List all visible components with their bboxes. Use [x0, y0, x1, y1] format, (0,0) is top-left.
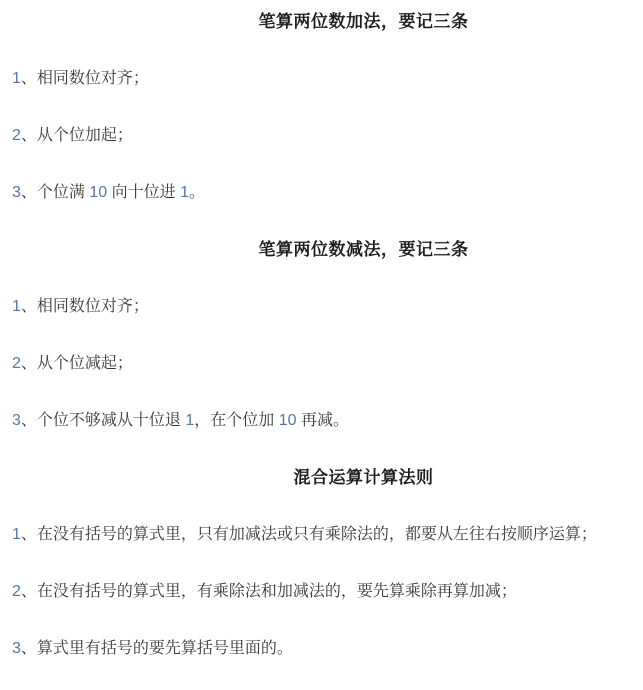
- rules-document: 笔算两位数加法，要记三条 1、相同数位对齐； 2、从个位加起； 3、个位满 10…: [0, 0, 643, 659]
- section-title: 笔算两位数加法，要记三条: [12, 12, 631, 32]
- rule-item: 1、在没有括号的算式里，只有加减法或只有乘除法的，都要从左往右按顺序运算；: [12, 525, 631, 545]
- digit-highlight: 2: [12, 355, 21, 372]
- digit-highlight: 1: [12, 298, 21, 315]
- digit-highlight: 3: [12, 184, 21, 201]
- digit-highlight: 1: [180, 184, 189, 201]
- rule-item: 2、在没有括号的算式里，有乘除法和加减法的，要先算乘除再算加减；: [12, 582, 631, 602]
- rule-item: 3、算式里有括号的要先算括号里面的。: [12, 639, 631, 659]
- section-addition-rules: 笔算两位数加法，要记三条 1、相同数位对齐； 2、从个位加起； 3、个位满 10…: [12, 12, 631, 203]
- digit-highlight: 2: [12, 583, 21, 600]
- digit-highlight: 10: [279, 412, 297, 429]
- section-title: 笔算两位数减法，要记三条: [12, 240, 631, 260]
- digit-highlight: 3: [12, 412, 21, 429]
- rule-item: 2、从个位加起；: [12, 126, 631, 146]
- section-title: 混合运算计算法则: [12, 468, 631, 488]
- rule-item: 3、个位满 10 向十位进 1。: [12, 183, 631, 203]
- rule-item: 1、相同数位对齐；: [12, 297, 631, 317]
- section-subtraction-rules: 笔算两位数减法，要记三条 1、相同数位对齐； 2、从个位减起； 3、个位不够减从…: [12, 240, 631, 431]
- digit-highlight: 1: [12, 526, 21, 543]
- digit-highlight: 3: [12, 640, 21, 657]
- digit-highlight: 10: [89, 184, 107, 201]
- digit-highlight: 1: [12, 70, 21, 87]
- digit-highlight: 2: [12, 127, 21, 144]
- digit-highlight: 1: [185, 412, 194, 429]
- rule-item: 3、个位不够减从十位退 1，在个位加 10 再减。: [12, 411, 631, 431]
- rule-item: 2、从个位减起；: [12, 354, 631, 374]
- rule-item: 1、相同数位对齐；: [12, 69, 631, 89]
- section-mixed-operation-rules: 混合运算计算法则 1、在没有括号的算式里，只有加减法或只有乘除法的，都要从左往右…: [12, 468, 631, 659]
